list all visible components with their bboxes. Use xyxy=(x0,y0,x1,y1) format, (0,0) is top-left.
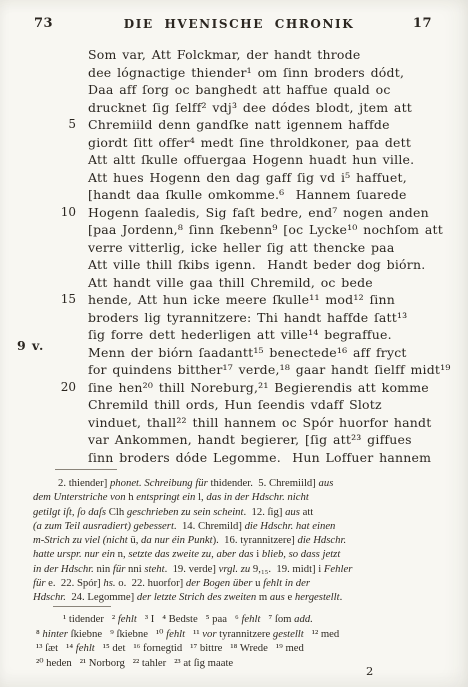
verse-line-number xyxy=(0,274,88,292)
editorial-note-text: entspringt ein xyxy=(136,491,195,503)
text-line: [paa Jordenn,⁸ ſinn ſkebenn⁹ [oc Lycke¹⁰… xyxy=(0,221,468,239)
lemma-text: i xyxy=(254,548,262,560)
text-line: vinduet, thall²² thill hannem oc Spór hu… xyxy=(0,414,468,432)
editorial-note-text: aus xyxy=(270,591,285,603)
text-line: Chremild thill ords, Hun ſeendis vdaff S… xyxy=(0,396,468,414)
lemma-text: nin xyxy=(94,563,113,575)
verse-line-number xyxy=(0,256,88,274)
verse-line-number xyxy=(0,46,88,64)
editorial-note-text: fehlt xyxy=(166,628,185,640)
lemma-text: e xyxy=(285,591,295,603)
apparatus-line: ⁸ hinter ſkiebne ⁹ ſkiebne ¹⁰ fehlt ¹¹ v… xyxy=(36,627,440,642)
verse-line-number: 15 xyxy=(0,291,88,309)
lemma-text: 9,₁₅. 19. midt] i xyxy=(250,563,324,575)
apparatus-line: ²⁰ heden ²¹ Norborg ²² tahler ²³ at ſig … xyxy=(36,656,440,671)
text-line-content: Hogenn ſaaledis, Sig faſt bedre, end⁷ no… xyxy=(88,204,468,222)
text-line-content: drucknet ſig ſelff² vdj³ dee dódes blodt… xyxy=(88,99,468,117)
editorial-note-text: blieb, so dass jetzt xyxy=(262,548,340,560)
main-text-block: Som var, Att Folckmar, der handt throded… xyxy=(0,46,468,466)
text-line-content: Chremiild denn gandſke natt igennem haff… xyxy=(88,116,468,134)
editorial-note-text: in der Hdschr. xyxy=(33,563,94,575)
verse-line-number xyxy=(0,134,88,152)
text-line: Daa aff ſorg oc banghedt att haffue qual… xyxy=(0,81,468,99)
editorial-note-text: fehlt xyxy=(118,613,137,625)
text-line-content: Menn der biórn ſaadantt¹⁵ benectede¹⁶ af… xyxy=(88,344,468,362)
text-line-content: giordt ſitt offer⁴ medt ſine throldkoner… xyxy=(88,134,468,152)
editorial-note-text: hergestellt xyxy=(295,591,340,603)
lemma-text: ³ I ⁴ Bedste ⁵ paa ⁶ xyxy=(137,613,242,625)
text-line-content: Att hues Hogenn den dag gaff ſig vd i⁵ h… xyxy=(88,169,468,187)
lemma-text: ¹⁵ det ¹⁶ fornegtid ¹⁷ bittre ¹⁸ Wrede ¹… xyxy=(95,642,304,654)
lemma-text: ¹¹ xyxy=(185,628,202,640)
apparatus-line: dem Unterstriche von h entspringt ein l,… xyxy=(33,490,441,504)
text-line-content: ſinn broders dóde Legomme. Hun Loffuer h… xyxy=(88,449,468,467)
verse-line-number xyxy=(0,186,88,204)
verse-line-number: 20 xyxy=(0,379,88,397)
editorial-note-text: dem Unterstriche von xyxy=(33,491,126,503)
text-line: 15hende, Att hun icke meere ſkulle¹¹ mod… xyxy=(0,291,468,309)
apparatus-line: für e. 22. Spór] hs. o. 22. huorfor] der… xyxy=(33,576,441,590)
editorial-note-text: für xyxy=(113,563,125,575)
editorial-note-text: die Hdschr. xyxy=(297,534,346,546)
footnote-separator xyxy=(53,606,111,607)
lemma-text: Clh xyxy=(106,506,127,518)
editorial-note-text: aus xyxy=(285,506,300,518)
editorial-note-text: der letzte Strich des zweiten xyxy=(137,591,256,603)
lemma-text: ). 16. tyrannitzere] xyxy=(213,534,298,546)
editorial-note-text: add. xyxy=(294,613,313,625)
footnote-separator xyxy=(55,469,117,470)
editorial-note-text: Fehler xyxy=(324,563,353,575)
lemma-text: tyrannitzere xyxy=(216,628,272,640)
lemma-text: n, xyxy=(115,548,128,560)
lemma-text: ¹² med xyxy=(304,628,340,640)
editorial-note-text: steht xyxy=(144,563,164,575)
lemma-text: 2. thiender] xyxy=(58,477,110,489)
text-line-content: hende, Att hun icke meere ſkulle¹¹ mod¹²… xyxy=(88,291,468,309)
editorial-note-text: geschrieben zu sein scheint xyxy=(127,506,244,518)
lemma-text: att xyxy=(300,506,313,518)
text-line-content: verre vitterlig, icke heller ſig att the… xyxy=(88,239,468,257)
signature-mark: 2 xyxy=(366,664,373,678)
verse-line-number xyxy=(0,344,88,362)
text-line: broders lig tyrannitzere: Thi handt haff… xyxy=(0,309,468,327)
text-line: drucknet ſig ſelff² vdj³ dee dódes blodt… xyxy=(0,99,468,117)
text-line: giordt ſitt offer⁴ medt ſine throldkoner… xyxy=(0,134,468,152)
editorial-note-text: hs. xyxy=(103,577,115,589)
text-line: Som var, Att Folckmar, der handt throde xyxy=(0,46,468,64)
text-line-content: var Ankommen, handt begierer, [ſig att²³… xyxy=(88,431,468,449)
text-line: 10Hogenn ſaaledis, Sig faſt bedre, end⁷ … xyxy=(0,204,468,222)
lemma-text: ²⁰ heden ²¹ Norborg ²² tahler ²³ at ſig … xyxy=(36,657,233,669)
lemma-text: nni xyxy=(125,563,144,575)
text-line: Att hues Hogenn den dag gaff ſig vd i⁵ h… xyxy=(0,169,468,187)
editorial-note-text: Hdschr. xyxy=(33,591,66,603)
text-line: Att ville thill ſkibs igenn. Handt beder… xyxy=(0,256,468,274)
text-line: [handt daa ſkulle omkomme.⁶ Hannem ſuare… xyxy=(0,186,468,204)
verse-line-number xyxy=(0,309,88,327)
text-line-content: Att altt ſkulle offuergaa Hogenn huadt h… xyxy=(88,151,468,169)
verse-line-number xyxy=(0,414,88,432)
verse-line-number xyxy=(0,81,88,99)
apparatus-line: hatte urspr. nur ein n, setzte das zweit… xyxy=(33,547,441,561)
text-line-content: vinduet, thall²² thill hannem oc Spór hu… xyxy=(88,414,468,432)
editorial-note-text: m-Strich zu viel (nicht xyxy=(33,534,128,546)
apparatus-variants-block: ¹ tidender ² fehlt ³ I ⁴ Bedste ⁵ paa ⁶ … xyxy=(36,612,440,670)
editorial-note-text: vor xyxy=(202,628,216,640)
editorial-note-text: fehlt in der xyxy=(263,577,310,589)
text-line-content: ſine hen²⁰ thill Noreburg,²¹ Begierendis… xyxy=(88,379,468,397)
text-line: dee lógnactige thiender¹ om ſinn broders… xyxy=(0,64,468,82)
editorial-note-text: getilgt iſt, ſo daſs xyxy=(33,506,106,518)
editorial-note-text: die Hdschr. hat einen xyxy=(245,520,336,532)
text-line: verre vitterlig, icke heller ſig att the… xyxy=(0,239,468,257)
verse-line-number xyxy=(0,396,88,414)
lemma-text: e. 22. Spór] xyxy=(45,577,103,589)
verse-line-number xyxy=(0,326,88,344)
editorial-note-text: das in der Hdschr. nicht xyxy=(206,491,308,503)
text-line-content: [handt daa ſkulle omkomme.⁶ Hannem ſuare… xyxy=(88,186,468,204)
verse-line-number xyxy=(0,64,88,82)
apparatus-critical-block: 2. thiender] phonet. Schreibung für thid… xyxy=(33,476,441,605)
verse-line-number xyxy=(0,99,88,117)
text-line: Menn der biórn ſaadantt¹⁵ benectede¹⁶ af… xyxy=(0,344,468,362)
apparatus-line: ¹ tidender ² fehlt ³ I ⁴ Bedste ⁵ paa ⁶ … xyxy=(36,612,440,627)
editorial-note-text: aus xyxy=(319,477,334,489)
apparatus-line: getilgt iſt, ſo daſs Clh geschrieben zu … xyxy=(33,505,441,519)
apparatus-line: Hdschr. 24. Legomme] der letzte Strich d… xyxy=(33,590,441,604)
lemma-text: ſkiebne ⁹ ſkiebne ¹⁰ xyxy=(68,628,166,640)
text-line: 20ſine hen²⁰ thill Noreburg,²¹ Begierend… xyxy=(0,379,468,397)
text-line-content: Daa aff ſorg oc banghedt att haffue qual… xyxy=(88,81,468,99)
book-page: 73 DIE HVENISCHE CHRONIK 17 9 v. Som var… xyxy=(0,0,468,687)
text-line: Att altt ſkulle offuergaa Hogenn huadt h… xyxy=(0,151,468,169)
lemma-text: . 14. Chremild] xyxy=(174,520,245,532)
editorial-note-text: hinter xyxy=(42,628,68,640)
text-line-content: Att handt ville gaa thill Chremild, oc b… xyxy=(88,274,468,292)
text-line-content: broders lig tyrannitzere: Thi handt haff… xyxy=(88,309,468,327)
text-line: 5Chremiild denn gandſke natt igennem haf… xyxy=(0,116,468,134)
apparatus-line: 2. thiender] phonet. Schreibung für thid… xyxy=(33,476,441,490)
editorial-note-text: der Bogen über xyxy=(186,577,252,589)
editorial-note-text: phonet. Schreibung für xyxy=(110,477,208,489)
text-line: for quindens bitther¹⁷ verde,¹⁸ gaar han… xyxy=(0,361,468,379)
lemma-text: l, xyxy=(195,491,206,503)
editorial-note-text: da nur éin Punkt xyxy=(141,534,213,546)
lemma-text: . 12. ſig] xyxy=(244,506,286,518)
lemma-text: ü, xyxy=(128,534,141,546)
editorial-note-text: setzte das zweite zu, aber das xyxy=(128,548,253,560)
running-title: DIE HVENISCHE CHRONIK xyxy=(10,17,468,31)
verse-line-number xyxy=(0,169,88,187)
editorial-note-text: vrgl. zu xyxy=(219,563,251,575)
verse-line-number: 5 xyxy=(0,116,88,134)
lemma-text: u xyxy=(252,577,263,589)
apparatus-line: in der Hdschr. nin für nni steht. 19. ve… xyxy=(33,562,441,576)
text-line-content: Chremild thill ords, Hun ſeendis vdaff S… xyxy=(88,396,468,414)
editorial-note-text: fehlt xyxy=(76,642,95,654)
editorial-note-text: fehlt xyxy=(241,613,260,625)
lemma-text: . 19. verde] xyxy=(165,563,219,575)
editorial-note-text: für xyxy=(33,577,45,589)
text-line-content: dee lógnactige thiender¹ om ſinn broders… xyxy=(88,64,468,82)
text-line-content: Att ville thill ſkibs igenn. Handt beder… xyxy=(88,256,468,274)
apparatus-line: m-Strich zu viel (nicht ü, da nur éin Pu… xyxy=(33,533,441,547)
verse-line-number: 10 xyxy=(0,204,88,222)
header-page-number: 17 xyxy=(413,16,432,31)
lemma-text: m xyxy=(256,591,270,603)
verse-line-number xyxy=(0,449,88,467)
text-line-content: for quindens bitther¹⁷ verde,¹⁸ gaar han… xyxy=(88,361,468,379)
lemma-text: thidender. 5. Chremiild] xyxy=(208,477,319,489)
lemma-text: . xyxy=(340,591,343,603)
editorial-note-text: hatte urspr. nur ein xyxy=(33,548,115,560)
verse-line-number xyxy=(0,431,88,449)
apparatus-line: (a zum Teil ausradiert) gebessert. 14. C… xyxy=(33,519,441,533)
lemma-text: ¹³ ſæt ¹⁴ xyxy=(36,642,76,654)
verse-line-number xyxy=(0,239,88,257)
text-line: Att handt ville gaa thill Chremild, oc b… xyxy=(0,274,468,292)
text-line: ſinn broders dóde Legomme. Hun Loffuer h… xyxy=(0,449,468,467)
text-line: var Ankommen, handt begierer, [ſig att²³… xyxy=(0,431,468,449)
text-line-content: ſig forre dett hederligen att ville¹⁴ be… xyxy=(88,326,468,344)
lemma-text: o. 22. huorfor] xyxy=(116,577,186,589)
lemma-text: ¹ tidender xyxy=(63,613,112,625)
editorial-note-text: (a zum Teil ausradiert) gebessert xyxy=(33,520,174,532)
text-line-content: Som var, Att Folckmar, der handt throde xyxy=(88,46,468,64)
lemma-text: 24. Legomme] xyxy=(66,591,137,603)
lemma-text: ⁷ ſom xyxy=(260,613,294,625)
verse-line-number xyxy=(0,221,88,239)
editorial-note-text: gestellt xyxy=(273,628,304,640)
text-line-content: [paa Jordenn,⁸ ſinn ſkebenn⁹ [oc Lycke¹⁰… xyxy=(88,221,468,239)
lemma-text: h xyxy=(126,491,137,503)
verse-line-number xyxy=(0,151,88,169)
text-line: ſig forre dett hederligen att ville¹⁴ be… xyxy=(0,326,468,344)
verse-line-number xyxy=(0,361,88,379)
apparatus-line: ¹³ ſæt ¹⁴ fehlt ¹⁵ det ¹⁶ fornegtid ¹⁷ b… xyxy=(36,641,440,656)
